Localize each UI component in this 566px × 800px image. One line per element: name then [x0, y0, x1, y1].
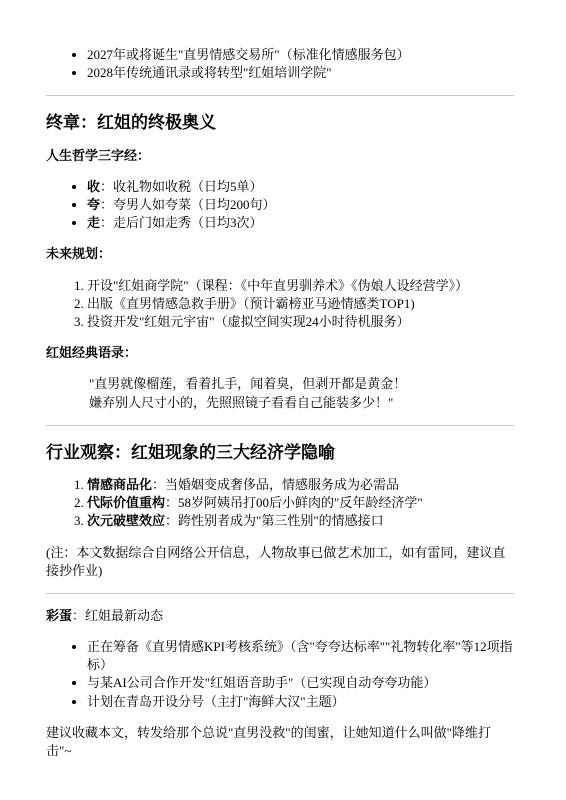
term-text: ：收礼物如收税（日均5单）	[100, 179, 263, 194]
industry-list: 情感商品化：当婚姻变成奢侈品，情感服务成为必需品 代际价值重构：58岁阿姨吊打0…	[46, 476, 514, 531]
list-item: 情感商品化：当婚姻变成奢侈品，情感服务成为必需品	[87, 476, 514, 494]
section-divider	[46, 425, 514, 426]
philosophy-list: 收：收礼物如收税（日均5单） 夸：夸男人如夸菜（日均200句） 走：走后门如走秀…	[46, 178, 514, 233]
term-bold: 夸	[87, 197, 100, 212]
term-bold: 走	[87, 215, 100, 230]
term-bold: 代际价值重构	[87, 495, 165, 510]
quote-text: "直男就像榴莲，看着扎手，闻着臭，但剥开都是黄金！ 嫌弃别人尺寸小的，先照照镜子…	[89, 375, 514, 411]
easter-egg-label: 彩蛋：红姐最新动态	[46, 607, 514, 625]
document-page: 2027年或将诞生"直男情感交易所"（标准化情感服务包） 2028年传统通讯录或…	[0, 0, 566, 800]
section-heading-final-chapter: 终章：红姐的终极奥义	[46, 112, 514, 133]
quote-line-2: 嫌弃别人尺寸小的，先照照镜子看看自己能装多少！"	[89, 395, 393, 410]
list-item: 2027年或将诞生"直男情感交易所"（标准化情感服务包）	[87, 46, 514, 64]
philosophy-label-text: 人生哲学三字经：	[46, 148, 150, 163]
list-item: 与某AI公司合作开发"红姐语音助手"（已实现自动夸夸功能）	[87, 674, 514, 692]
section-divider	[46, 95, 514, 96]
quotes-label: 红姐经典语录：	[46, 344, 514, 362]
quotes-label-text: 红姐经典语录：	[46, 345, 137, 360]
future-plans-label: 未来规划：	[46, 245, 514, 263]
term-text: ：58岁阿姨吊打00后小鲜肉的"反年龄经济学"	[165, 495, 423, 510]
list-item: 代际价值重构：58岁阿姨吊打00后小鲜肉的"反年龄经济学"	[87, 494, 514, 512]
list-item: 正在筹备《直男情感KPI考核系统》（含"夸夸达标率""礼物转化率"等12项指标）	[87, 638, 514, 674]
list-item: 次元破壁效应：跨性别者成为"第三性别"的情感接口	[87, 512, 514, 530]
term-bold: 情感商品化	[87, 477, 152, 492]
philosophy-label: 人生哲学三字经：	[46, 147, 514, 165]
section-divider	[46, 593, 514, 594]
term-text: ：跨性别者成为"第三性别"的情感接口	[165, 513, 384, 528]
quote-line-1: "直男就像榴莲，看着扎手，闻着臭，但剥开都是黄金！	[89, 376, 406, 391]
list-item: 夸：夸男人如夸菜（日均200句）	[87, 196, 514, 214]
list-item: 2028年传统通讯录或将转型"红姐培训学院"	[87, 64, 514, 82]
quote-block: "直男就像榴莲，看着扎手，闻着臭，但剥开都是黄金！ 嫌弃别人尺寸小的，先照照镜子…	[89, 375, 514, 411]
easter-egg-label-rest: ：红姐最新动态	[72, 608, 163, 623]
list-item: 投资开发"红姐元宇宙"（虚拟空间实现24小时待机服务）	[87, 313, 514, 331]
term-bold: 收	[87, 179, 100, 194]
list-item: 计划在青岛开设分号（主打"海鲜大汉"主题）	[87, 693, 514, 711]
easter-egg-label-bold: 彩蛋	[46, 608, 72, 623]
closing-paragraph: 建议收藏本文，转发给那个总说"直男没救"的闺蜜，让她知道什么叫做"降维打击"~	[46, 724, 514, 760]
predictions-list: 2027年或将诞生"直男情感交易所"（标准化情感服务包） 2028年传统通讯录或…	[46, 46, 514, 82]
list-item: 走：走后门如走秀（日均3次）	[87, 214, 514, 232]
future-plans-list: 开设"红姐商学院"（课程：《中年直男驯养术》《伪娘人设经营学》） 出版《直男情感…	[46, 277, 514, 332]
list-item: 出版《直男情感急救手册》（预计霸榜亚马逊情感类TOP1)	[87, 295, 514, 313]
section-heading-industry: 行业观察：红姐现象的三大经济学隐喻	[46, 442, 514, 463]
easter-egg-list: 正在筹备《直男情感KPI考核系统》（含"夸夸达标率""礼物转化率"等12项指标）…	[46, 638, 514, 711]
future-plans-label-text: 未来规划：	[46, 246, 111, 261]
list-item: 开设"红姐商学院"（课程：《中年直男驯养术》《伪娘人设经营学》）	[87, 277, 514, 295]
list-item: 收：收礼物如收税（日均5单）	[87, 178, 514, 196]
term-text: ：夸男人如夸菜（日均200句）	[100, 197, 276, 212]
term-bold: 次元破壁效应	[87, 513, 165, 528]
disclaimer-note: (注：本文数据综合自网络公开信息，人物故事已做艺术加工，如有雷同，建议直接抄作业…	[46, 544, 514, 580]
term-text: ：走后门如走秀（日均3次）	[100, 215, 263, 230]
term-text: ：当婚姻变成奢侈品，情感服务成为必需品	[152, 477, 399, 492]
